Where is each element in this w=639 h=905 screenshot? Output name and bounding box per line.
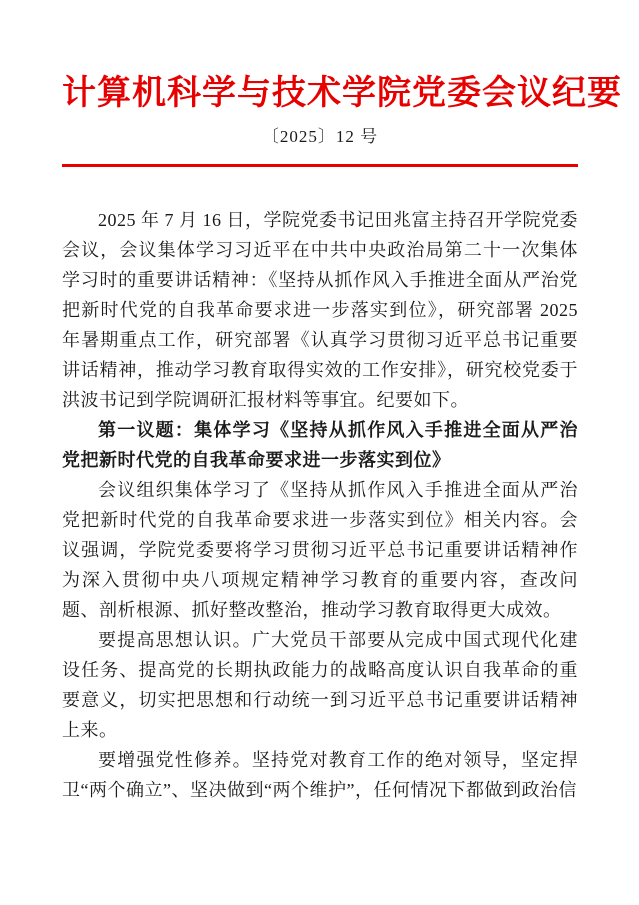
document-page: 计算机科学与技术学院党委会议纪要 〔2025〕12 号 2025 年 7 月 1… — [0, 0, 639, 905]
ideology-paragraph: 要提高思想认识。广大党员干部要从完成中国式现代化建设任务、提高党的长期执政能力的… — [62, 625, 578, 745]
study-paragraph: 会议组织集体学习了《坚持从抓作风入手推进全面从严治党把新时代党的自我革命要求进一… — [62, 475, 578, 625]
document-number: 〔2025〕12 号 — [62, 125, 578, 149]
document-title: 计算机科学与技术学院党委会议纪要 — [62, 0, 578, 116]
document-body: 2025 年 7 月 16 日，学院党委书记田兆富主持召开学院党委会议，会议集体… — [62, 205, 578, 805]
party-spirit-paragraph: 要增强党性修养。坚持党对教育工作的绝对领导，坚定捍卫“两个确立”、坚决做到“两个… — [62, 745, 578, 805]
intro-paragraph: 2025 年 7 月 16 日，学院党委书记田兆富主持召开学院党委会议，会议集体… — [62, 205, 578, 415]
document-content: 计算机科学与技术学院党委会议纪要 〔2025〕12 号 2025 年 7 月 1… — [0, 0, 639, 805]
topic-heading: 第一议题：集体学习《坚持从抓作风入手推进全面从严治党把新时代党的自我革命要求进一… — [62, 415, 578, 475]
red-divider — [62, 164, 578, 167]
